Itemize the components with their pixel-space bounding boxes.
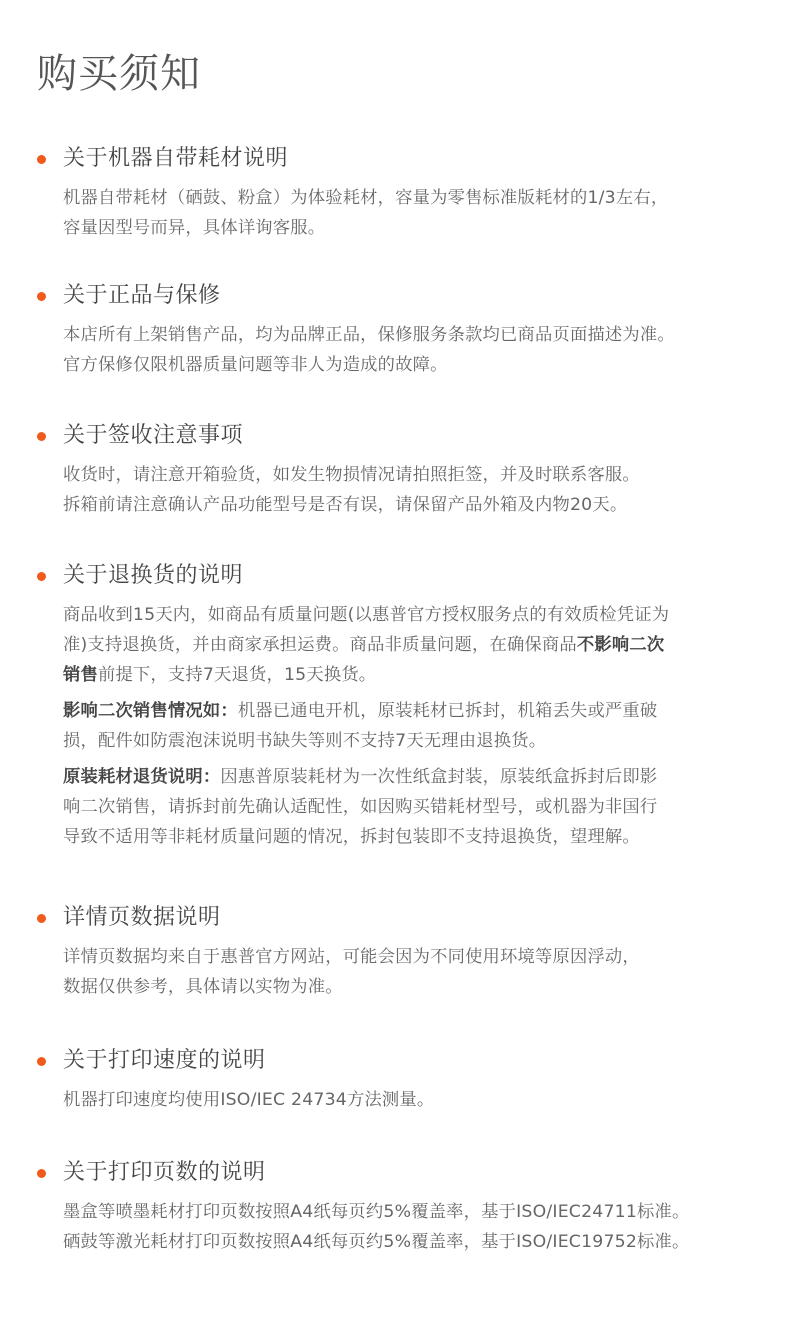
section-detail-data: 详情页数据说明 详情页数据均来自于惠普官方网站，可能会因为不同使用环境等原因浮动… <box>0 902 790 1002</box>
body-text: 准)支持退换货，并由商家承担运费。商品非质量问题，在确保商品 <box>63 635 577 655</box>
body-line: 销售前提下，支持7天退货，15天换货。 <box>63 660 763 690</box>
section-print-speed: 关于打印速度的说明 机器打印速度均使用ISO/IEC 24734方法测量。 <box>0 1045 790 1115</box>
section-body: 墨盒等喷墨耗材打印页数按照A4纸每页约5%覆盖率，基于ISO/IEC24711标… <box>63 1197 763 1257</box>
bullet-dot-icon <box>37 1169 46 1178</box>
body-line: 容量因型号而异，具体详询客服。 <box>63 213 763 243</box>
section-body: 本店所有上架销售产品，均为品牌正品，保修服务条款均已商品页面描述为准。 官方保修… <box>63 320 763 380</box>
section-body: 详情页数据均来自于惠普官方网站，可能会因为不同使用环境等原因浮动， 数据仅供参考… <box>63 942 763 1002</box>
body-text: 机器已通电开机，原装耗材已拆封，机箱丢失或严重破 <box>238 701 658 721</box>
section-heading: 关于打印页数的说明 <box>63 1157 266 1189</box>
bullet-dot-icon <box>37 1057 46 1066</box>
section-delivery-notes: 关于签收注意事项 收货时，请注意开箱验货，如发生物损情况请拍照拒签，并及时联系客… <box>0 420 790 520</box>
body-line: 本店所有上架销售产品，均为品牌正品，保修服务条款均已商品页面描述为准。 <box>63 320 763 350</box>
body-line: 机器自带耗材（硒鼓、粉盒）为体验耗材，容量为零售标准版耗材的1/3左右， <box>63 183 763 213</box>
section-heading: 关于退换货的说明 <box>63 560 243 592</box>
emphasis-text: 不影响二次 <box>577 635 664 655</box>
section-body: 收货时，请注意开箱验货，如发生物损情况请拍照拒签，并及时联系客服。 拆箱前请注意… <box>63 460 763 520</box>
body-line: 官方保修仅限机器质量问题等非人为造成的故障。 <box>63 350 763 380</box>
emphasis-text: 销售 <box>63 665 98 685</box>
section-returns-exchanges: 关于退换货的说明 商品收到15天内，如商品有质量问题(以惠普官方授权服务点的有效… <box>0 560 790 852</box>
section-heading: 关于签收注意事项 <box>63 420 243 452</box>
body-text: 因惠普原装耗材为一次性纸盒封装，原装纸盒拆封后即影 <box>220 767 657 787</box>
section-page-yield: 关于打印页数的说明 墨盒等喷墨耗材打印页数按照A4纸每页约5%覆盖率，基于ISO… <box>0 1157 790 1257</box>
returns-policy-paragraph: 商品收到15天内，如商品有质量问题(以惠普官方授权服务点的有效质检凭证为 准)支… <box>63 600 763 690</box>
bullet-dot-icon <box>37 155 46 164</box>
consumables-return-paragraph: 原装耗材退货说明：因惠普原装耗材为一次性纸盒封装，原装纸盒拆封后即影 响二次销售… <box>63 762 763 852</box>
section-heading: 详情页数据说明 <box>63 902 221 934</box>
section-body: 机器自带耗材（硒鼓、粉盒）为体验耗材，容量为零售标准版耗材的1/3左右， 容量因… <box>63 183 763 243</box>
resale-impact-paragraph: 影响二次销售情况如：机器已通电开机，原装耗材已拆封，机箱丢失或严重破 损，配件如… <box>63 696 763 756</box>
section-heading: 关于打印速度的说明 <box>63 1045 266 1077</box>
paragraph-label: 影响二次销售情况如： <box>63 701 238 721</box>
bullet-dot-icon <box>37 292 46 301</box>
section-heading: 关于机器自带耗材说明 <box>63 143 288 175</box>
body-text: 前提下，支持7天退货，15天换货。 <box>98 665 376 685</box>
paragraph-label: 原装耗材退货说明： <box>63 767 220 787</box>
body-line: 详情页数据均来自于惠普官方网站，可能会因为不同使用环境等原因浮动， <box>63 942 763 972</box>
body-line: 导致不适用等非耗材质量问题的情况，拆封包装即不支持退换货，望理解。 <box>63 822 763 852</box>
body-line: 损，配件如防震泡沫说明书缺失等则不支持7天无理由退换货。 <box>63 726 763 756</box>
section-body: 机器打印速度均使用ISO/IEC 24734方法测量。 <box>63 1085 763 1115</box>
section-bundled-consumables: 关于机器自带耗材说明 机器自带耗材（硒鼓、粉盒）为体验耗材，容量为零售标准版耗材… <box>0 143 790 243</box>
body-line: 响二次销售，请拆封前先确认适配性，如因购买错耗材型号，或机器为非国行 <box>63 792 763 822</box>
bullet-dot-icon <box>37 572 46 581</box>
body-line: 收货时，请注意开箱验货，如发生物损情况请拍照拒签，并及时联系客服。 <box>63 460 763 490</box>
page-title: 购买须知 <box>37 48 201 100</box>
body-line: 影响二次销售情况如：机器已通电开机，原装耗材已拆封，机箱丢失或严重破 <box>63 696 763 726</box>
body-line: 拆箱前请注意确认产品功能型号是否有误，请保留产品外箱及内物20天。 <box>63 490 763 520</box>
body-line: 准)支持退换货，并由商家承担运费。商品非质量问题，在确保商品不影响二次 <box>63 630 763 660</box>
body-line: 机器打印速度均使用ISO/IEC 24734方法测量。 <box>63 1085 763 1115</box>
body-line: 数据仅供参考，具体请以实物为准。 <box>63 972 763 1002</box>
body-line: 墨盒等喷墨耗材打印页数按照A4纸每页约5%覆盖率，基于ISO/IEC24711标… <box>63 1197 763 1227</box>
body-line: 商品收到15天内，如商品有质量问题(以惠普官方授权服务点的有效质检凭证为 <box>63 600 763 630</box>
body-line: 硒鼓等激光耗材打印页数按照A4纸每页约5%覆盖率，基于ISO/IEC19752标… <box>63 1227 763 1257</box>
bullet-dot-icon <box>37 432 46 441</box>
section-genuine-warranty: 关于正品与保修 本店所有上架销售产品，均为品牌正品，保修服务条款均已商品页面描述… <box>0 280 790 380</box>
body-line: 原装耗材退货说明：因惠普原装耗材为一次性纸盒封装，原装纸盒拆封后即影 <box>63 762 763 792</box>
bullet-dot-icon <box>37 914 46 923</box>
section-heading: 关于正品与保修 <box>63 280 221 312</box>
